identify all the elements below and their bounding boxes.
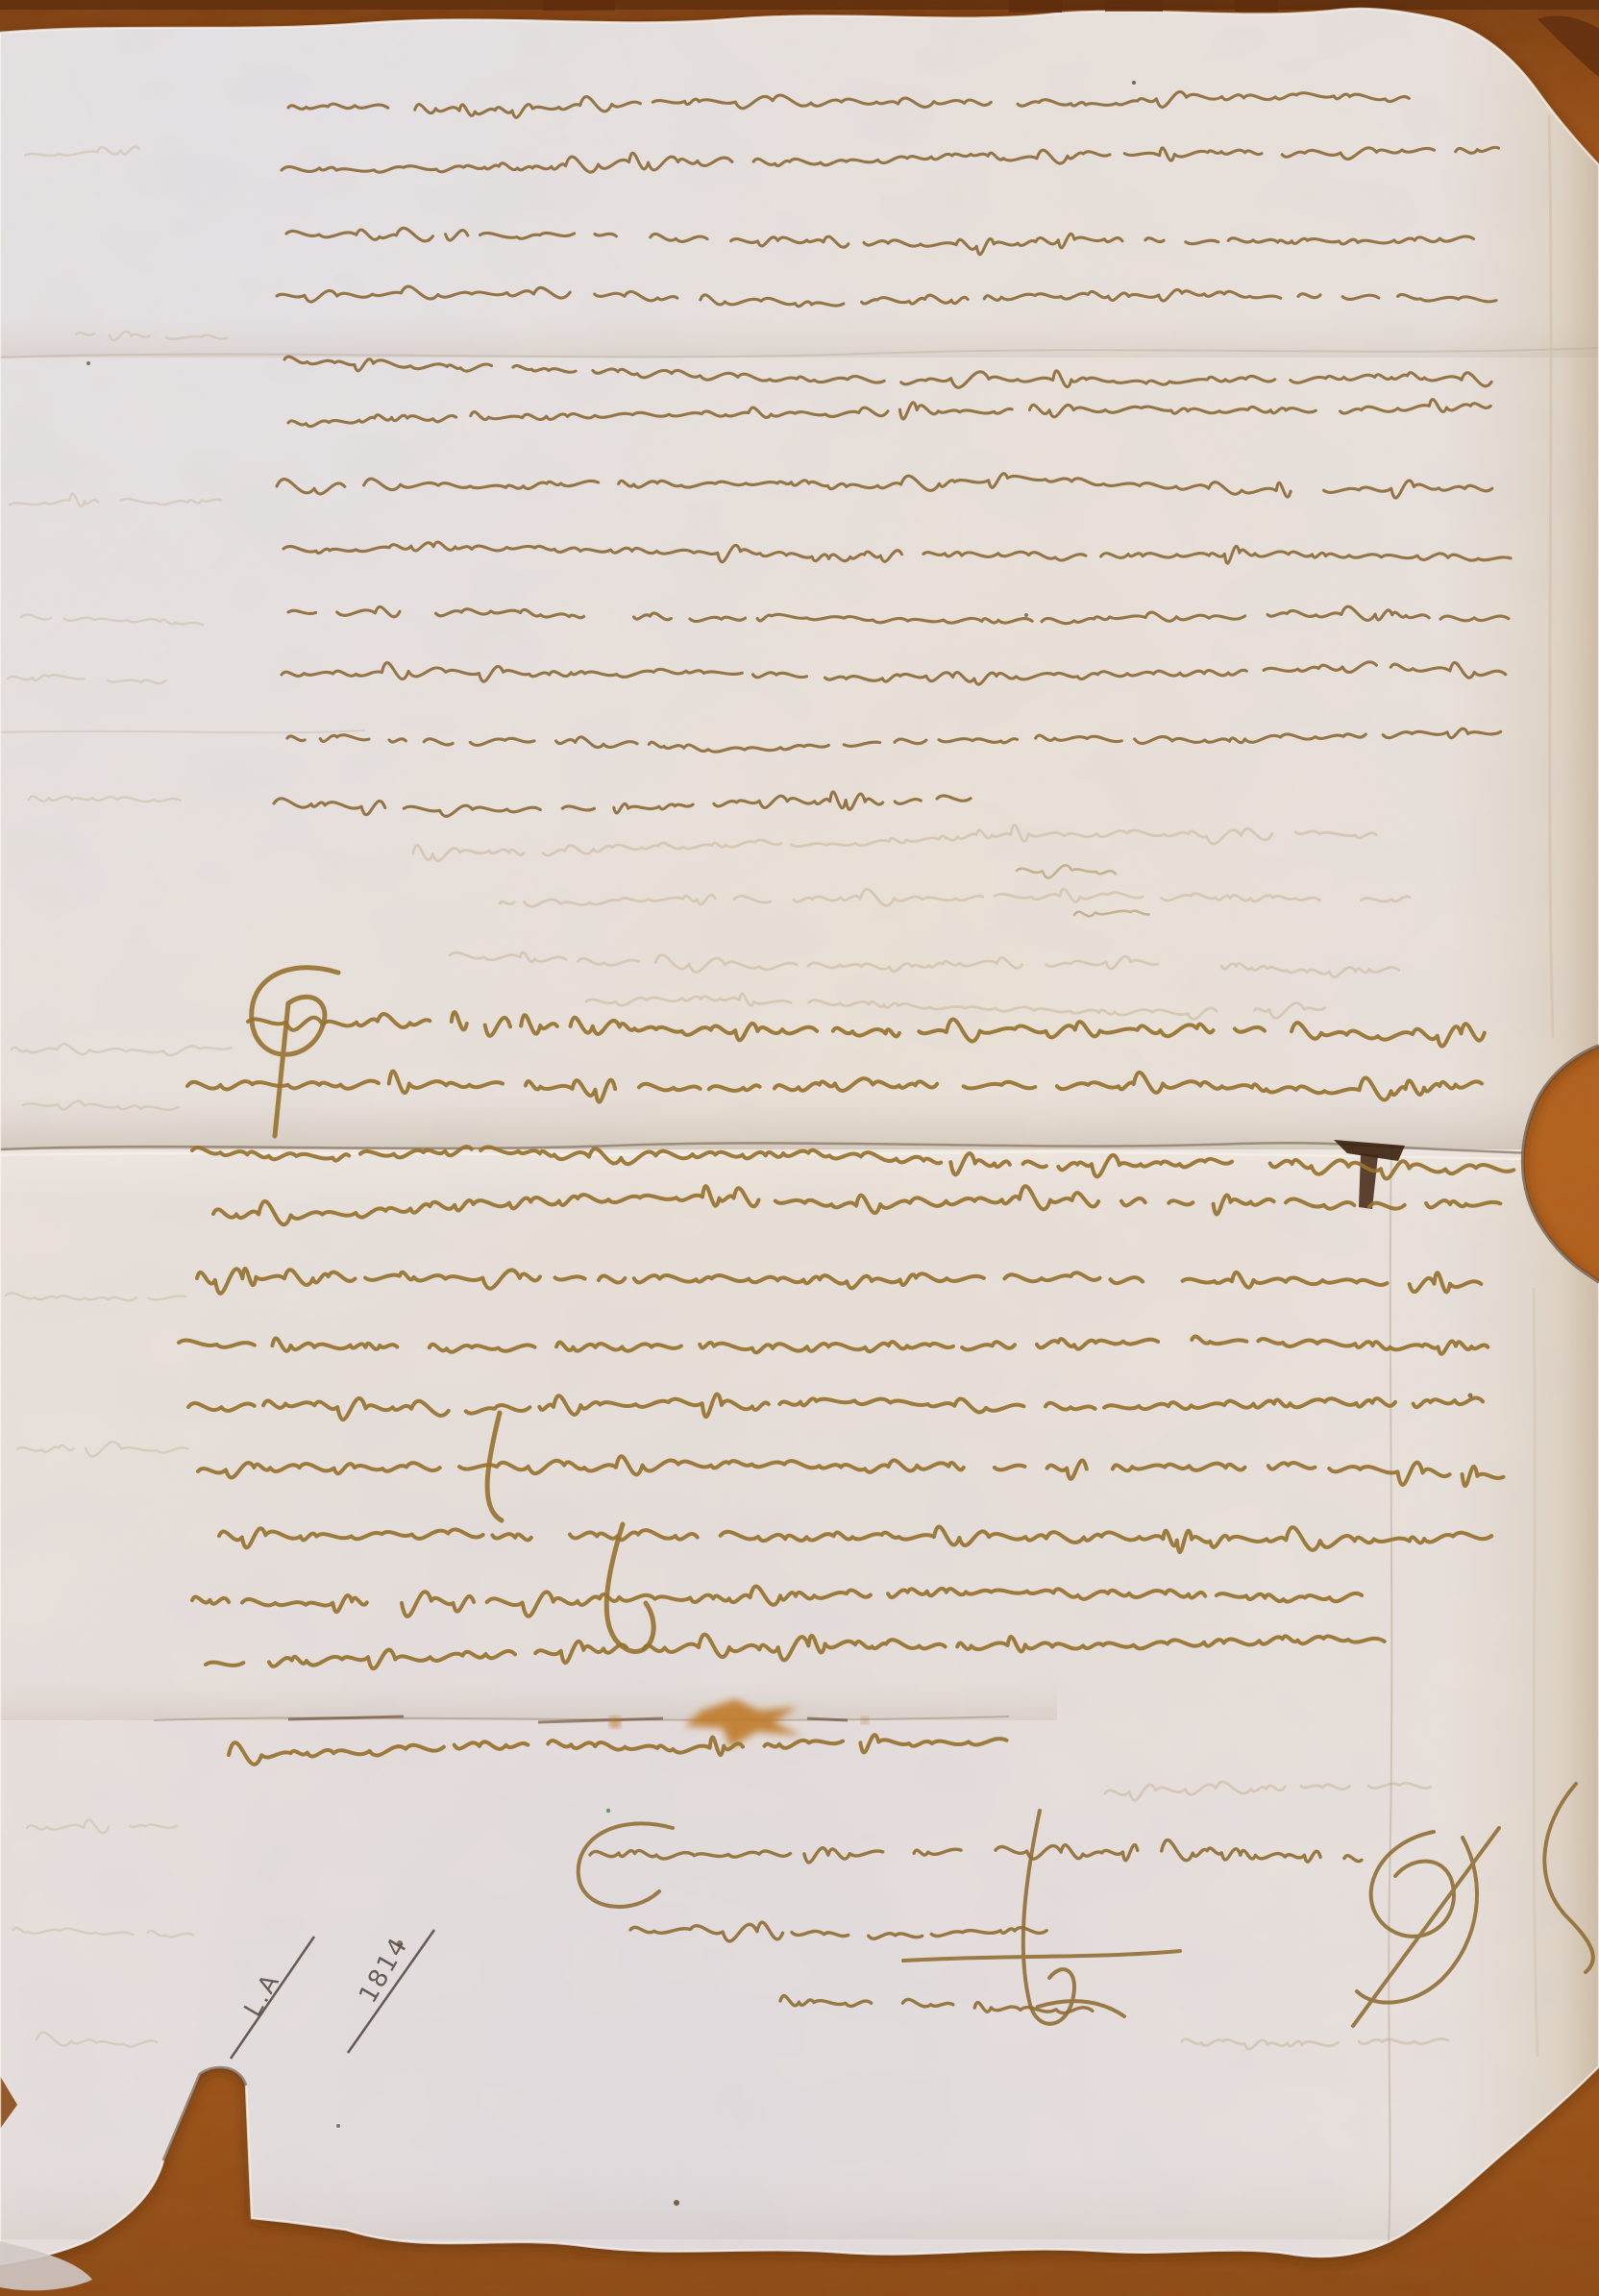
speck (1468, 1394, 1473, 1398)
speck (86, 361, 90, 365)
backing-blob (543, 0, 615, 11)
fold-band (0, 1096, 1599, 1149)
fold-band (0, 1680, 1057, 1720)
speck (674, 2200, 679, 2206)
backing-blob (1009, 0, 1062, 12)
paper-surface: L.A 1814 (0, 0, 1599, 2296)
stain-spot (609, 1716, 621, 1728)
manuscript-photo: L.A 1814 (0, 0, 1599, 2296)
speck (336, 2124, 340, 2128)
stain-spot (861, 1716, 869, 1724)
speck (1024, 613, 1028, 617)
backing-blob (1235, 0, 1278, 12)
speck (1132, 81, 1136, 85)
manuscript-scene: L.A 1814 (0, 0, 1599, 2296)
speck (606, 1809, 610, 1813)
backing-blob (1105, 0, 1163, 12)
